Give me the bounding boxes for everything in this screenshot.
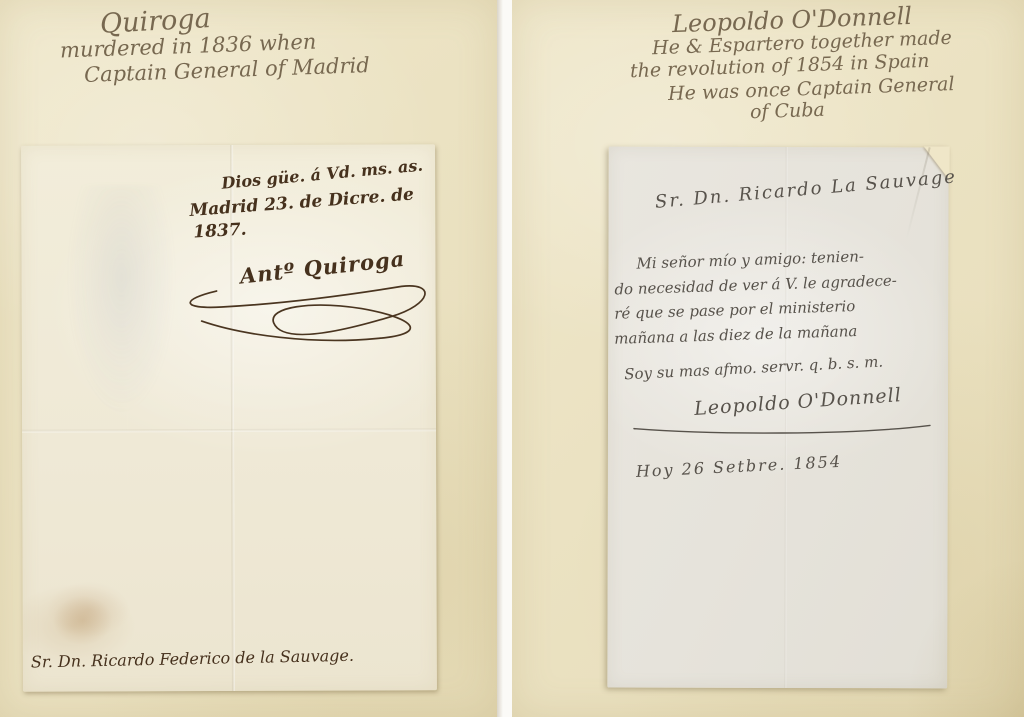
letter-right-body3: ré que se pase por el ministerio [614,299,855,322]
manuscript-photo: Quiroga murdered in 1836 when Captain Ge… [0,0,1024,717]
letter-left-address: Sr. Dn. Ricardo Federico de la Sauvage. [31,648,354,671]
letter-right-signature: Leopoldo O'Donnell [694,386,903,419]
signature-underline [632,419,932,440]
page-gap [497,0,503,717]
letter-right-dateline: Hoy 26 Setbre. 1854 [636,454,843,480]
letter-right-salutation: Sr. Dn. Ricardo La Sauvage [654,168,957,212]
corner-crease [906,147,931,240]
letter-right-body2: do necesidad de ver á V. le agradece- [614,273,897,297]
annotation-right-line5: of Cuba [750,101,825,123]
fold-crease-horizontal [22,428,436,432]
letter-right-body1: Mi señor mío y amigo: tenien- [636,249,864,271]
letter-left-dateline3: 1837. [193,222,247,242]
letter-odonnell: Sr. Dn. Ricardo La Sauvage Mi señor mío … [607,147,948,689]
letter-right-closing: Soy su mas afmo. servr. q. b. s. m. [624,355,884,383]
paper-stain [53,595,113,645]
letter-right-body4: mañana a las diez de la mañana [614,324,857,347]
ink-showthrough [66,185,177,415]
letter-quiroga: Dios güe. á Vd. ms. as. Madrid 23. de Di… [21,144,437,691]
album-page-right: Leopoldo O'Donnell He & Espartero togeth… [512,0,1024,717]
album-page-left: Quiroga murdered in 1836 when Captain Ge… [0,0,497,717]
signature-flourish [162,276,442,357]
fold-crease-vertical [784,147,787,688]
